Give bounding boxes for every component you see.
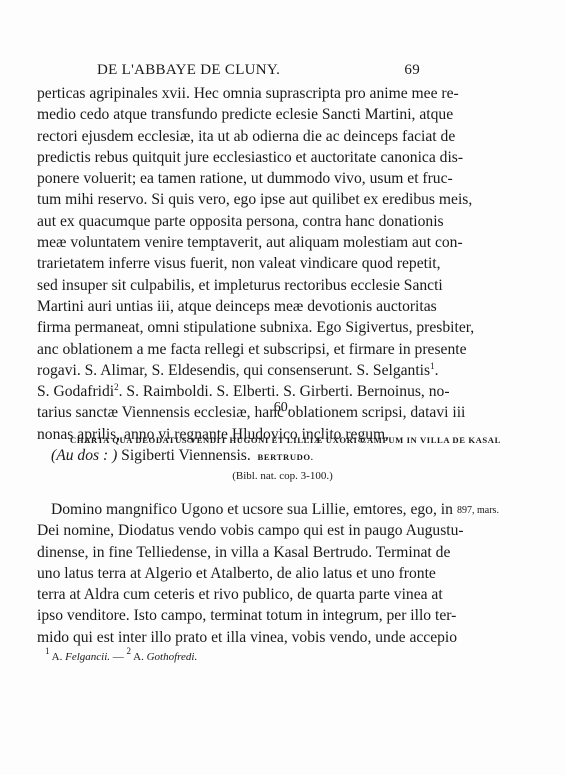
text-line: mido qui est inter illo prato et illa vi… [37,627,420,648]
text-line: firma permaneat, omni stipulatione subni… [37,317,420,338]
margin-date: 897, mars. [457,505,499,516]
charter-heading: CHARTA QUA DEODATUS VENDIT HUGONI ET LIL… [48,432,523,466]
footnote-1-prefix: A. [50,651,66,663]
source-citation: (Bibl. nat. cop. 3-100.) [0,470,565,482]
text-line: terra at Aldra cum ceteris et rivo publi… [37,584,420,605]
running-title: DE L'ABBAYE DE CLUNY. [97,62,280,79]
text-line-with-footnote: rogavi. S. Alimar, S. Eldesendis, qui co… [37,360,420,381]
footnote-separator: — [110,651,127,663]
text-line: meæ voluntatem venire temptaverit, aut a… [37,232,420,253]
text-line: predictis rebus quitquit jure ecclesiast… [37,147,420,168]
text-line: medio cedo atque transfundo predicte ecl… [37,104,420,125]
text-line: rectori ejusdem ecclesiæ, ita ut ab odie… [37,126,420,147]
line-end: . [435,362,439,379]
text-line: anc oblationem a me facta rellegi et sub… [37,339,420,360]
line-text: S. Godafridi [37,383,114,400]
text-line: trarietatem inferre visus fuerit, non va… [37,253,420,274]
text-line: ponere voluerit; ea tamen ratione, ut du… [37,168,420,189]
heading-line-2: BERTRUDO. [48,449,523,466]
footnote-2-prefix: A. [131,651,147,663]
document-page: DE L'ABBAYE DE CLUNY. 69 perticas agripi… [0,0,565,775]
line-text: rogavi. S. Alimar, S. Eldesendis, qui co… [37,362,430,379]
text-line: tum mihi reservo. Si quis vero, ego ipse… [37,189,420,210]
text-line: ipso venditore. Isto campo, terminat tot… [37,605,420,626]
text-line: Martini auri untias iii, atque deinceps … [37,296,420,317]
footnote-1-text: Felgancii. [65,651,110,663]
page-number: 69 [404,62,420,79]
text-line: perticas agripinales xvii. Hec omnia sup… [37,83,420,104]
running-header: DE L'ABBAYE DE CLUNY. 69 [37,62,420,82]
text-line: aut ex quacumque parte opposita persona,… [37,211,420,232]
text-line: dinense, in fine Telliedense, in villa a… [37,542,420,563]
text-line: Domino mangnifico Ugono et ucsore sua Li… [37,499,420,520]
heading-line-1: CHARTA QUA DEODATUS VENDIT HUGONI ET LIL… [48,432,523,449]
text-line: sed insuper sit culpabilis, et impleturu… [37,275,420,296]
charter-number: 60. [0,400,565,416]
charter-60-body: Domino mangnifico Ugono et ucsore sua Li… [37,499,420,648]
footnotes: 1 A. Felgancii. — 2 A. Gothofredi. [45,651,197,663]
line-text: . S. Raimboldi. S. Elberti. S. Girberti.… [119,383,450,400]
text-line: uno latus terra at Algerio et Atalberto,… [37,563,420,584]
footnote-2-text: Gothofredi. [147,651,198,663]
text-line: Dei nomine, Diodatus vendo vobis campo q… [37,520,420,541]
